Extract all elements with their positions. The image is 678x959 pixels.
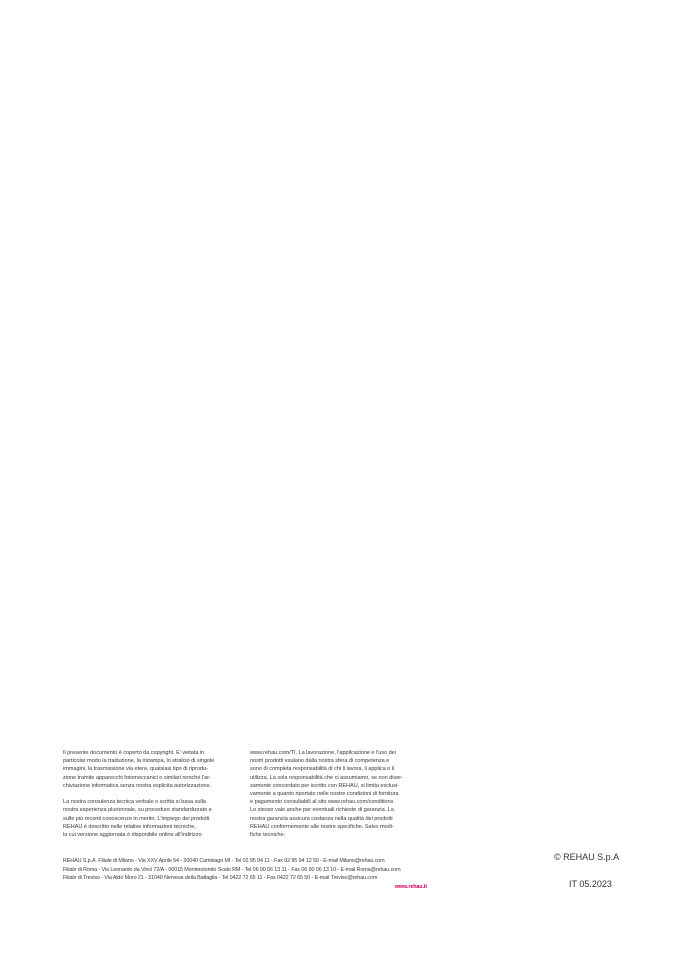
website-link[interactable]: www.rehau.it <box>63 883 427 892</box>
legal-text-line: fiche tecniche. <box>250 831 403 839</box>
legal-text-line: nostra garanzia assicura costanza nella … <box>250 815 403 823</box>
legal-text-line: chiviazione informatica senza nostra esp… <box>63 782 214 790</box>
edition-code: IT 05.2023 <box>569 879 612 889</box>
copyright-notice: © REHAU S.p.A <box>554 852 619 862</box>
legal-text-line: sono di completa responsabilità di chi l… <box>250 765 403 773</box>
address-treviso: Filiale di Treviso - Via Aldo Moro 21 - … <box>63 874 427 883</box>
legal-text-line: REHAU è descritto nelle relative informa… <box>63 823 214 831</box>
legal-text-line: nostri prodotti esulano dalla nostra sfe… <box>250 757 403 765</box>
address-roma: Filiale di Roma - Via Leonardo da Vinci … <box>63 866 427 875</box>
legal-text-line: La nostra consulenza tecnica verbale o s… <box>63 798 214 806</box>
legal-text-line: immagini, la trasmissione via etere, qua… <box>63 765 214 773</box>
address-milano: REHAU S.p.A. Filiale di Milano - Via XXV… <box>63 857 427 866</box>
legal-text-line: la cui versione aggiornata è disponibile… <box>63 831 214 839</box>
legal-text-line: REHAU conformemente alle nostre specific… <box>250 823 403 831</box>
paragraph-spacer <box>63 790 214 798</box>
legal-text-line: e pagamento consultabili al sito www.reh… <box>250 798 403 806</box>
legal-text-line: www.rehau.com/TI. La lavorazione, l'appl… <box>250 749 403 757</box>
legal-text-line: zione tramite apparecchi fotomeccanici o… <box>63 774 214 782</box>
legal-text-line: Il presente documento è coperto da copyr… <box>63 749 214 757</box>
legal-text-line: utilizza. La sola responsabilità che ci … <box>250 774 403 782</box>
legal-text-line: nostra esperienza pluriennale, su proced… <box>63 806 214 814</box>
legal-text-line: Lo stesso vale anche per eventuali richi… <box>250 806 403 814</box>
legal-text-line: sulle più recenti conoscenze in merito. … <box>63 815 214 823</box>
legal-right-column: www.rehau.com/TI. La lavorazione, l'appl… <box>250 749 403 839</box>
branch-addresses: REHAU S.p.A. Filiale di Milano - Via XXV… <box>63 857 427 891</box>
legal-text-line: particolar modo la traduzione, la ristam… <box>63 757 214 765</box>
legal-text-line: samente concordato per iscritto con REHA… <box>250 782 403 790</box>
legal-left-column: Il presente documento è coperto da copyr… <box>63 749 214 839</box>
legal-text-line: vamente a quanto riportato nelle nostre … <box>250 790 403 798</box>
